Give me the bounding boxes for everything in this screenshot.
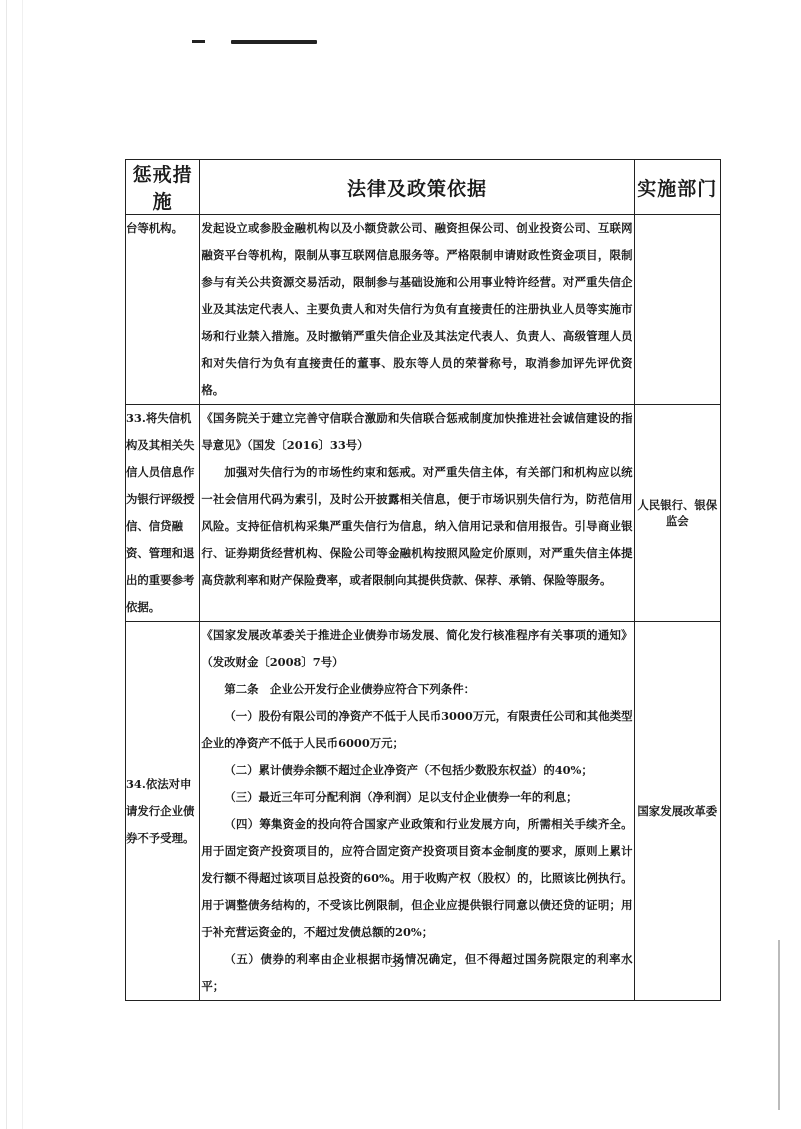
scan-mark [192,40,205,43]
basis-paragraph: 加强对失信行为的市场性约束和惩戒。对严重失信主体，有关部门和机构应以统一社会信用… [200,459,633,594]
basis-cell: 《国务院关于建立完善守信联合激励和失信联合惩戒制度加快推进社会诚信建设的指导意见… [200,405,634,622]
basis-cell: 《国家发展改革委关于推进企业债券市场发展、简化发行核准程序有关事项的通知》（发改… [200,622,634,1001]
punishment-measures-table: 惩戒措施 法律及政策依据 实施部门 台等机构。 发起设立或参股金融机构以及小额贷… [125,159,721,1001]
measure-cell: 34.依法对申请发行企业债券不予受理。 [126,622,200,1001]
measure-cell: 33.将失信机构及其相关失信人员信息作为银行评级授信、信贷融资、管理和退出的重要… [126,405,200,622]
page-number: 39 [390,956,404,972]
basis-clause: （四）筹集资金的投向符合国家产业政策和行业发展方向，所需相关手续齐全。用于固定资… [200,811,633,946]
basis-title: 《国家发展改革委关于推进企业债券市场发展、简化发行核准程序有关事项的通知》（发改… [200,622,633,676]
department-cell [634,215,720,405]
basis-clause: （五）债券的利率由企业根据市场情况确定，但不得超过国务院限定的利率水平； [200,946,633,1000]
scan-edge [778,940,780,1110]
scan-mark [231,40,317,44]
basis-cell: 发起设立或参股金融机构以及小额贷款公司、融资担保公司、创业投资公司、互联网融资平… [200,215,634,405]
measure-cell: 台等机构。 [126,215,200,405]
header-measures: 惩戒措施 [126,160,200,215]
table-header-row: 惩戒措施 法律及政策依据 实施部门 [126,160,721,215]
basis-clause: （二）累计债券余额不超过企业净资产（不包括少数股东权益）的40%； [200,757,633,784]
basis-clause: （一）股份有限公司的净资产不低于人民币3000万元，有限责任公司和其他类型企业的… [200,703,633,757]
table-row: 34.依法对申请发行企业债券不予受理。 《国家发展改革委关于推进企业债券市场发展… [126,622,721,1001]
table-row: 台等机构。 发起设立或参股金融机构以及小额贷款公司、融资担保公司、创业投资公司、… [126,215,721,405]
table-row: 33.将失信机构及其相关失信人员信息作为银行评级授信、信贷融资、管理和退出的重要… [126,405,721,622]
basis-title: 《国务院关于建立完善守信联合激励和失信联合惩戒制度加快推进社会诚信建设的指导意见… [200,405,633,459]
header-department: 实施部门 [634,160,720,215]
basis-article: 第二条 企业公开发行企业债券应符合下列条件： [200,676,633,703]
basis-clause: （三）最近三年可分配利润（净利润）足以支付企业债券一年的利息； [200,784,633,811]
scan-edge [6,0,7,1129]
department-cell: 人民银行、银保监会 [634,405,720,622]
scan-edge [22,0,23,1129]
header-legal-basis: 法律及政策依据 [200,160,634,215]
department-cell: 国家发展改革委 [634,622,720,1001]
basis-paragraph: 发起设立或参股金融机构以及小额贷款公司、融资担保公司、创业投资公司、互联网融资平… [200,215,633,404]
